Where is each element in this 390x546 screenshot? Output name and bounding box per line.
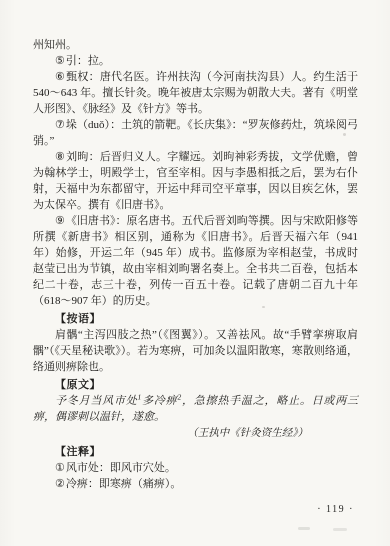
annotation-text: 《旧唐书》：原名唐书。五代后晋刘昫等撰。因与宋欧阳修等所撰《新唐书》相区别，通称… xyxy=(33,215,358,307)
annotation-text: 刘昫：后晋归义人。字耀远。刘昫神彩秀拔，文学优赡，曾为翰林学士，明殿学士，官至宰… xyxy=(33,151,358,211)
scan-speck xyxy=(343,133,346,136)
annotation-marker: ⑤ xyxy=(55,55,65,67)
original-section-header: 【原文】 xyxy=(33,377,358,393)
source-attribution: （王执中《针灸资生经》） xyxy=(33,426,358,442)
page-number: · 119 · xyxy=(33,502,358,518)
annotation-marker: ⑨ xyxy=(55,215,65,227)
note-marker: ① xyxy=(55,462,65,474)
annotation-text: 引：拉。 xyxy=(66,55,110,67)
note-text: 冷痹：即寒痹（痛痹）。 xyxy=(66,478,182,490)
annotation-item: ⑦垛（duǒ）：土筑的箭靶。《长庆集》：“罗灰修药灶，筑垛阅弓弰。” xyxy=(33,117,358,149)
original-text-block: 予冬月当风市处1多冷痹2，急擦热手温之，略止。日或两三痹，偶谬刺以温针，遂愈。 … xyxy=(33,393,358,442)
original-segment: 多冷痹 xyxy=(141,395,177,407)
annotation-item: ⑤引：拉。 xyxy=(33,53,358,69)
annotation-item: ⑧刘昫：后晋归义人。字耀远。刘昫神彩秀拔，文学优赡，曾为翰林学士，明殿学士，官至… xyxy=(33,149,358,213)
commentary-section-header: 【按语】 xyxy=(33,311,358,327)
annotation-marker: ⑦ xyxy=(55,119,65,131)
scan-smudge xyxy=(298,527,310,530)
continuation-line: 州知州。 xyxy=(33,37,358,53)
notes-section-header: 【注释】 xyxy=(33,444,358,460)
annotation-text: 甄权：唐代名医。许州扶沟（今河南扶沟县）人。约生活于540～643 年。擅长针灸… xyxy=(33,71,358,115)
book-page: 州知州。 ⑤引：拉。 ⑥甄权：唐代名医。许州扶沟（今河南扶沟县）人。约生活于54… xyxy=(0,0,390,546)
annotation-item: ⑥甄权：唐代名医。许州扶沟（今河南扶沟县）人。约生活于540～643 年。擅长针… xyxy=(33,69,358,117)
annotation-text: 垛（duǒ）：土筑的箭靶。《长庆集》：“罗灰修药灶，筑垛阅弓弰。” xyxy=(33,119,358,147)
note-text: 风市处：即风市穴处。 xyxy=(66,462,176,474)
scan-smudge xyxy=(333,528,347,531)
annotation-marker: ⑥ xyxy=(55,71,65,83)
note-item: ②冷痹：即寒痹（痛痹）。 xyxy=(33,476,358,492)
original-text: 予冬月当风市处1多冷痹2，急擦热手温之，略止。日或两三痹，偶谬刺以温针，遂愈。 xyxy=(33,393,358,425)
note-item: ①风市处：即风市穴处。 xyxy=(33,460,358,476)
commentary-body: 肩髃“主泻四肢之热”（《图翼》）。又善祛风。故“手臂挛痹取肩髃”（《天星秘诀歌》… xyxy=(33,327,358,375)
scan-speck xyxy=(215,352,217,354)
original-segment: 予冬月当风市处 xyxy=(55,395,138,407)
note-marker: ② xyxy=(55,478,65,490)
annotation-item: ⑨《旧唐书》：原名唐书。五代后晋刘昫等撰。因与宋欧阳修等所撰《新唐书》相区别，通… xyxy=(33,213,358,309)
annotation-marker: ⑧ xyxy=(55,151,65,163)
scan-speck xyxy=(262,306,265,308)
